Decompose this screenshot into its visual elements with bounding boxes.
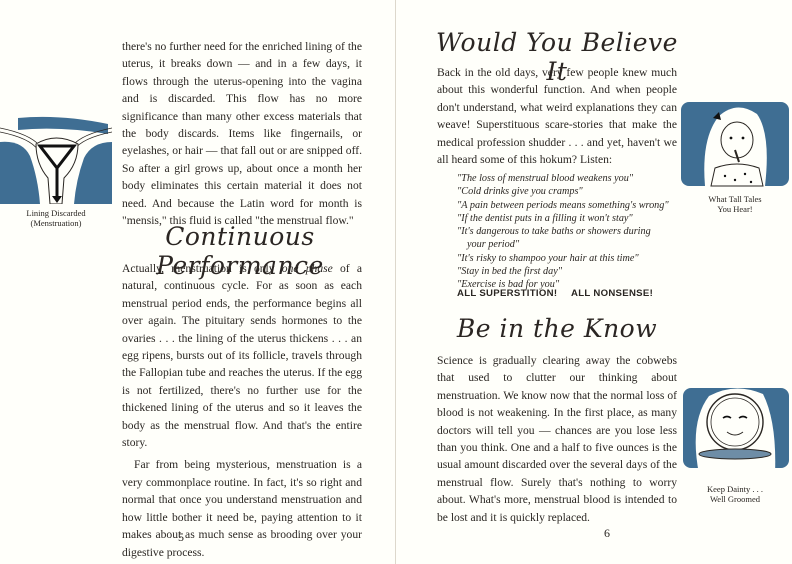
right-page: Would You Believe It Back in the old day…: [397, 0, 792, 564]
nonsense-label: ALL NONSENSE!: [571, 288, 653, 299]
caption-line: Keep Dainty . . .: [679, 484, 791, 494]
paragraph: Science is gradually clearing away the c…: [437, 352, 677, 526]
emphasis: one phase: [282, 262, 333, 275]
paragraph: there's no further need for the enriched…: [122, 38, 362, 229]
girl-mirror-icon: [679, 382, 791, 474]
myth-item: "It's risky to shampoo your hair at this…: [457, 252, 697, 265]
illustration-caption: What Tall Tales You Hear!: [679, 194, 791, 214]
paragraph: Actually, menstruation is only one phase…: [122, 260, 362, 451]
myth-item: "If the dentist puts in a filling it won…: [457, 212, 697, 225]
myth-item: "Cold drinks give you cramps": [457, 185, 697, 198]
body-paragraph: Actually, menstruation is only one phase…: [122, 260, 362, 561]
paragraph: Back in the old days, very few people kn…: [437, 64, 677, 168]
uterus-diagram-icon: [0, 116, 112, 204]
left-page: Lining Discarded (Menstruation) there's …: [0, 0, 395, 564]
myth-item: "The loss of menstrual blood weakens you…: [457, 172, 697, 185]
section-heading: Be in the Know: [437, 314, 677, 343]
body-paragraph: Back in the old days, very few people kn…: [437, 64, 677, 168]
body-paragraph: there's no further need for the enriched…: [122, 38, 362, 229]
caption-line: Lining Discarded: [0, 208, 112, 218]
page-number: 5: [178, 530, 184, 545]
text: of a natural, continuous cycle. For as s…: [122, 262, 362, 449]
caption-line: Well Groomed: [679, 494, 791, 504]
paragraph: Far from being mysterious, menstruation …: [122, 456, 362, 560]
myth-item: your period": [457, 238, 697, 251]
superstition-label: ALL SUPERSTITION!: [457, 288, 557, 299]
caption-line: (Menstruation): [0, 218, 112, 228]
girl-finger-to-lips-icon: [679, 98, 791, 188]
caption-line: You Hear!: [679, 204, 791, 214]
illustration-caption: Lining Discarded (Menstruation): [0, 208, 112, 228]
caption-line: What Tall Tales: [679, 194, 791, 204]
text: Actually, menstruation is only: [122, 262, 282, 275]
illustration-caption: Keep Dainty . . . Well Groomed: [679, 484, 791, 504]
book-gutter: [395, 0, 396, 564]
myth-item: "It's dangerous to take baths or showers…: [457, 225, 697, 238]
body-paragraph: Science is gradually clearing away the c…: [437, 352, 677, 526]
myth-item: "Stay in bed the first day": [457, 265, 697, 278]
myth-list: "The loss of menstrual blood weakens you…: [457, 172, 697, 292]
myth-item: "A pain between periods means something'…: [457, 199, 697, 212]
page-number: 6: [604, 526, 610, 541]
